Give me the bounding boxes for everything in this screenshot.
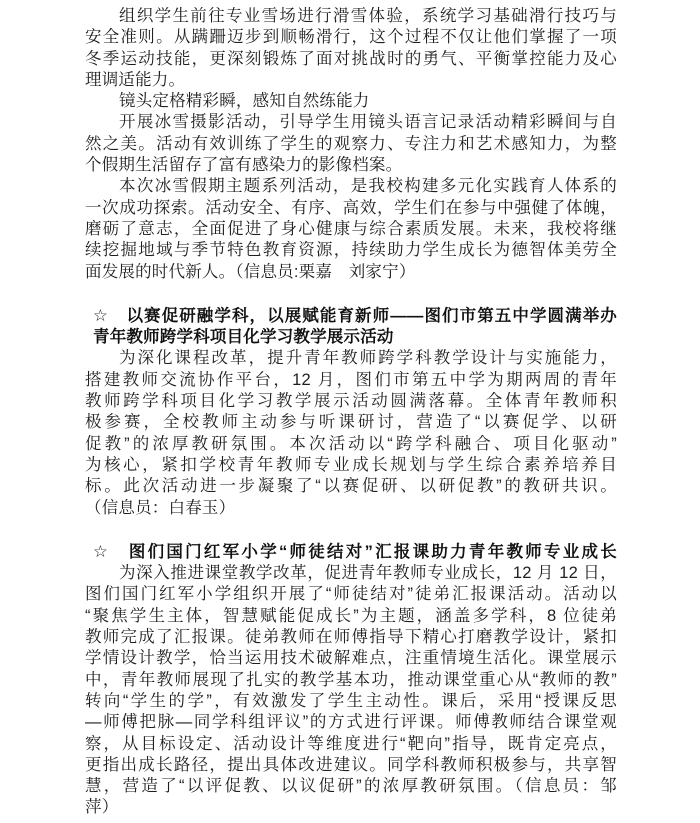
text-line: 促教”的浓厚教研氛围。本次活动以“跨学科融合、项目化驱动” (85, 434, 617, 455)
text-line: 图们国门红军小学组织开展了“师徒结对”徒弟汇报课活动。活动以 (85, 584, 617, 605)
text-line: 镜头定格精彩瞬，感知自然练能力 (85, 91, 617, 112)
text-line: 教师完成了汇报课。徒弟教师在师傅指导下精心打磨教学设计，紧扣 (85, 627, 617, 648)
text-line: 学情设计教学，恰当运用技术破解难点，注重情境生活化。课堂展示 (85, 648, 617, 669)
section-gap (85, 519, 700, 542)
section-heading-line: ☆ 图们国门红军小学“师徒结对”汇报课助力青年教师专业成长 (85, 542, 617, 563)
text-line: 安全准则。从蹒跚迈步到顺畅滑行，这个过程不仅让他们掌握了一项 (85, 27, 617, 48)
section-heading-line: 青年教师跨学科项目化学习教学展示活动 (85, 327, 617, 348)
text-line: 教师跨学科项目化学习教学展示活动圆满落幕。全体青年教师积 (85, 391, 617, 412)
text-line: 慧，营造了“以评促教、以议促研”的浓厚教研氛围。（信息员：邹 (85, 776, 617, 797)
text-line: 组织学生前往专业雪场进行滑雪体验，系统学习基础滑行技巧与 (85, 6, 617, 27)
text-line: 磨砺了意志，全面促进了身心健康与综合素质发展。未来，我校将继 (85, 219, 617, 240)
document-page: 组织学生前往专业雪场进行滑雪体验，系统学习基础滑行技巧与安全准则。从蹒跚迈步到顺… (0, 0, 700, 823)
section-heading-line: ☆ 以赛促研融学科，以展赋能育新师——图们市第五中学圆满举办 (85, 306, 617, 327)
text-line: 为核心，紧扣学校青年教师专业成长规划与学生综合素养培养目 (85, 455, 617, 476)
text-line: 为深化课程改革，提升青年教师跨学科教学设计与实施能力， (85, 348, 617, 369)
section-gap (85, 283, 700, 306)
text-line: 理调适能力。 (85, 70, 617, 91)
text-line: 然之美。活动有效训练了学生的观察力、专注力和艺术感知力，为整 (85, 134, 617, 155)
text-line: （信息员：白春玉） (85, 498, 617, 519)
text-line: 极参赛，全校教师主动参与听课研讨，营造了“以赛促学、以研 (85, 412, 617, 433)
text-line: 个假期生活留存了富有感染力的影像档案。 (85, 155, 617, 176)
text-line: 开展冰雪摄影活动，引导学生用镜头语言记录活动精彩瞬间与自 (85, 112, 617, 133)
text-line: 标。此次活动进一步凝聚了“以赛促研、以研促教”的教研共识。 (85, 476, 617, 497)
text-line: 察，从目标设定、活动设计等维度进行“靶向”指导，既肯定亮点， (85, 734, 617, 755)
text-line: 一次成功探索。活动安全、有序、高效，学生们在参与中强健了体魄， (85, 198, 617, 219)
text-line: 续挖掘地域与季节特色教育资源，持续助力学生成长为德智体美劳全 (85, 240, 617, 261)
text-line: 冬季运动技能，更深刻锻炼了面对挑战时的勇气、平衡掌控能力及心 (85, 49, 617, 70)
text-line: —师傅把脉—同学科组评议”的方式进行评课。师傅教师结合课堂观 (85, 712, 617, 733)
text-line: 面发展的时代新人。（信息员:栗嘉 刘家宁） (85, 262, 617, 283)
text-line: 搭建教师交流协作平台，12 月，图们市第五中学为期两周的青年 (85, 370, 617, 391)
text-line: 转向“学生的学”，有效激发了学生主动性。课后，采用“授课反思 (85, 691, 617, 712)
text-line: 萍） (85, 797, 617, 818)
text-line: 中，青年教师展现了扎实的教学基本功，推动课堂重心从“教师的教” (85, 670, 617, 691)
text-line: 更指出成长路径，提出具体改进建议。同学科教师积极参与，共享智 (85, 755, 617, 776)
text-line: “聚焦学生主体，智慧赋能促成长”为主题，涵盖多学科，8 位徒弟 (85, 606, 617, 627)
text-line: 本次冰雪假期主题系列活动，是我校构建多元化实践育人体系的 (85, 176, 617, 197)
document-body: 组织学生前往专业雪场进行滑雪体验，系统学习基础滑行技巧与安全准则。从蹒跚迈步到顺… (0, 0, 700, 819)
text-line: 为深入推进课堂教学改革，促进青年教师专业成长，12 月 12 日， (85, 563, 617, 584)
